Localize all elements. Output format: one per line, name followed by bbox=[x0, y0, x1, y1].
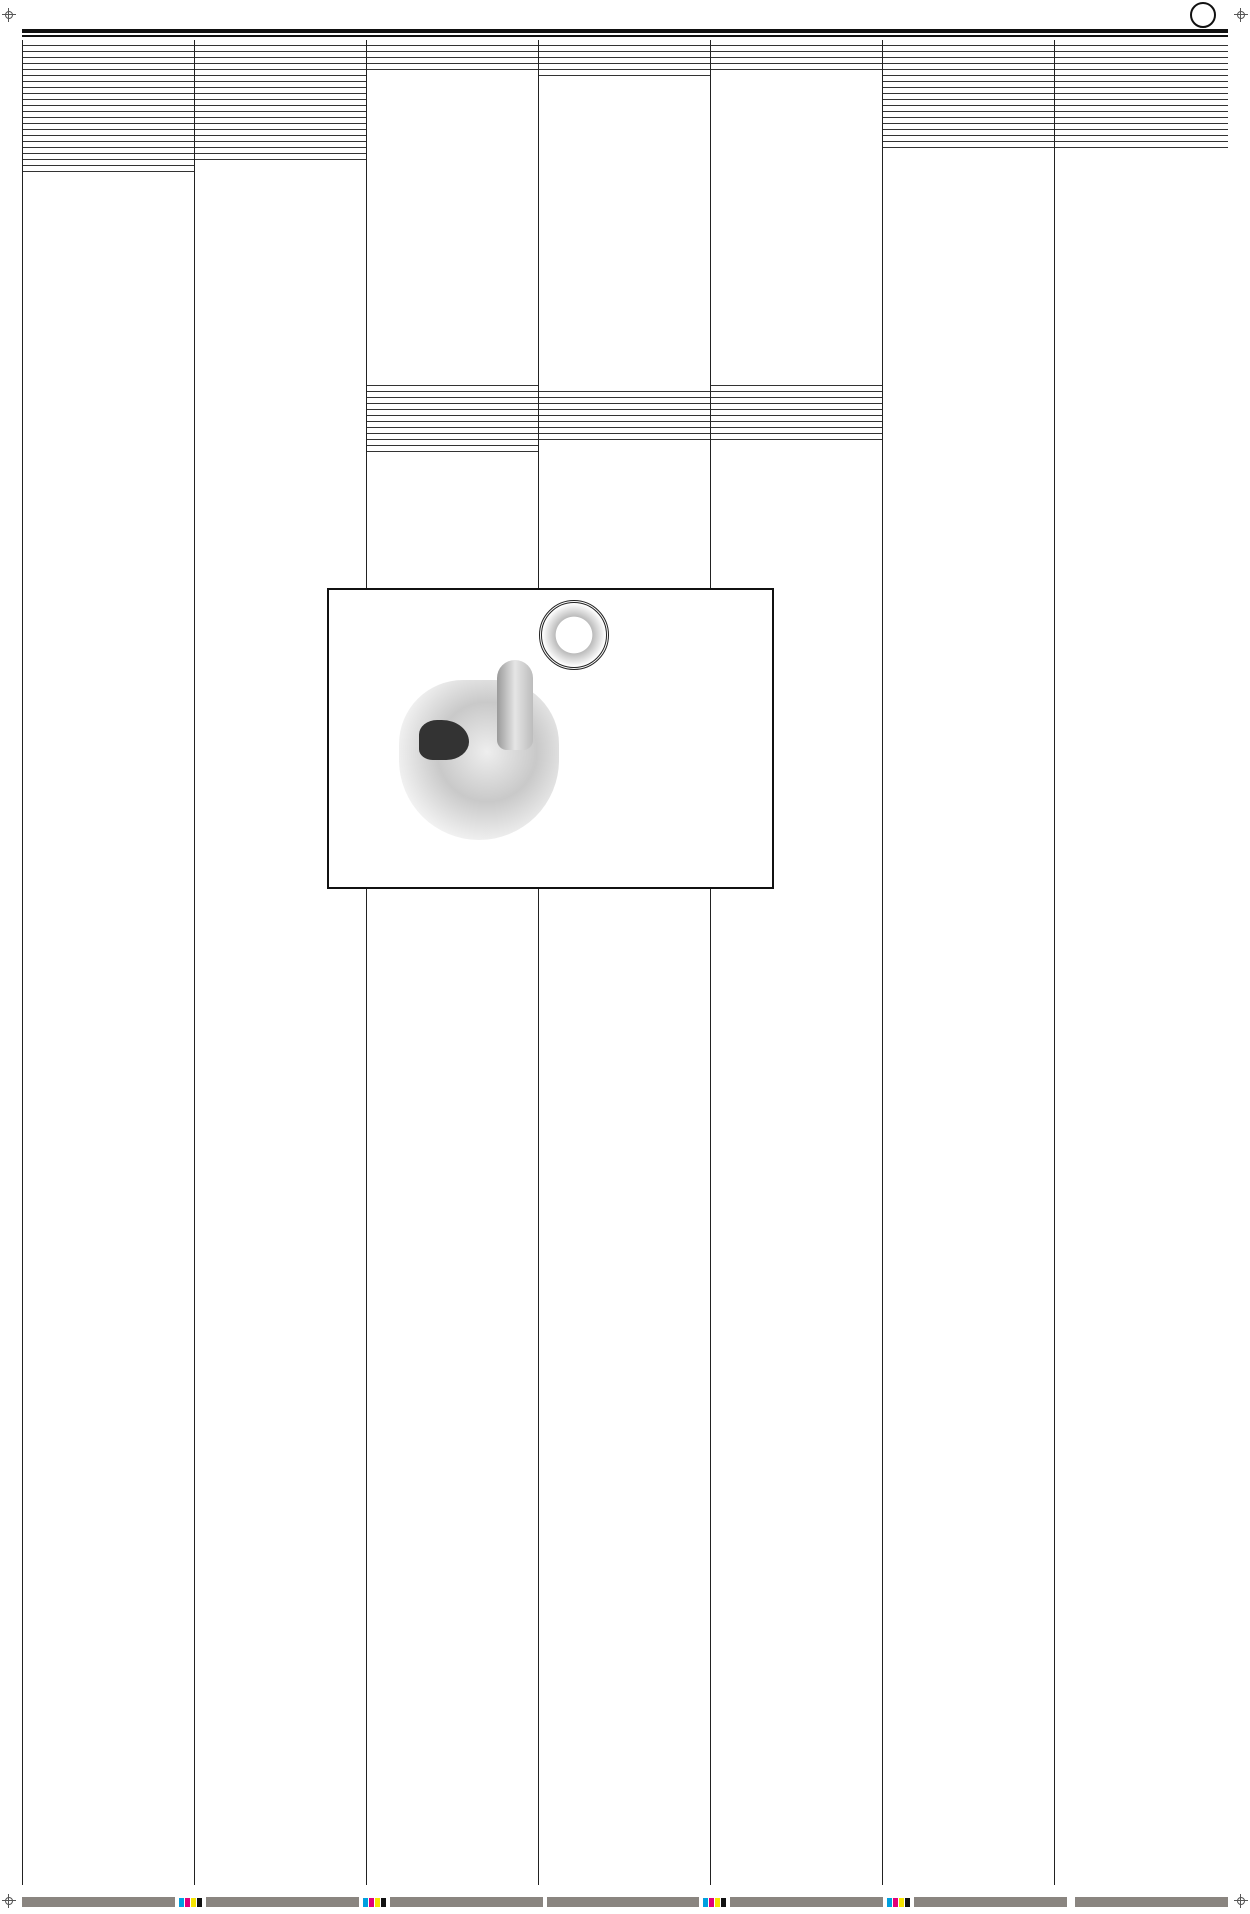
print-color-bar bbox=[22, 1896, 1228, 1908]
promo-brand-logo bbox=[539, 600, 613, 670]
grey-strip bbox=[730, 1897, 883, 1907]
ad-box-spacer bbox=[367, 70, 538, 380]
grey-strip bbox=[1075, 1897, 1228, 1907]
classified-ad bbox=[711, 434, 882, 440]
registration-mark-bottom-right bbox=[1234, 1894, 1248, 1908]
thumbs-up-hand-image bbox=[399, 680, 559, 840]
header-rule-thin bbox=[22, 35, 1228, 37]
classified-ad bbox=[23, 166, 194, 172]
drummer-emblem-icon bbox=[539, 600, 609, 670]
issue-date bbox=[10, 4, 1240, 29]
registration-mark-bottom-left bbox=[2, 1894, 16, 1908]
grey-strip bbox=[206, 1897, 359, 1907]
cmyk-swatch bbox=[179, 1898, 202, 1907]
column-1 bbox=[22, 40, 194, 1885]
classified-ad bbox=[1055, 142, 1228, 148]
thumbs-up-icon bbox=[497, 660, 533, 750]
column-3 bbox=[366, 40, 538, 1885]
grey-strip bbox=[390, 1897, 543, 1907]
grey-strip bbox=[547, 1897, 700, 1907]
column-5 bbox=[710, 40, 882, 1885]
column-6 bbox=[882, 40, 1054, 1885]
cmyk-swatch bbox=[703, 1898, 726, 1907]
cmyk-swatch bbox=[887, 1898, 910, 1907]
classifieds-grid bbox=[22, 40, 1228, 1885]
grey-strip bbox=[914, 1897, 1067, 1907]
grey-strip bbox=[22, 1897, 175, 1907]
header-rule-thick bbox=[22, 29, 1228, 33]
classified-ad bbox=[539, 434, 710, 440]
ad-box-spacer bbox=[539, 76, 710, 386]
column-4 bbox=[538, 40, 710, 1885]
classified-ad bbox=[195, 154, 366, 160]
tachukdi-jaherat-promo-ad bbox=[327, 588, 774, 889]
classified-ad bbox=[883, 142, 1054, 148]
torn-paper-hole bbox=[419, 720, 469, 760]
classified-ad bbox=[367, 446, 538, 452]
cmyk-swatch bbox=[363, 1898, 386, 1907]
column-7 bbox=[1054, 40, 1228, 1885]
ad-box-spacer bbox=[711, 70, 882, 380]
drummer-emblem-icon bbox=[1190, 2, 1216, 28]
column-2 bbox=[194, 40, 366, 1885]
newspaper-logo bbox=[1190, 2, 1220, 28]
